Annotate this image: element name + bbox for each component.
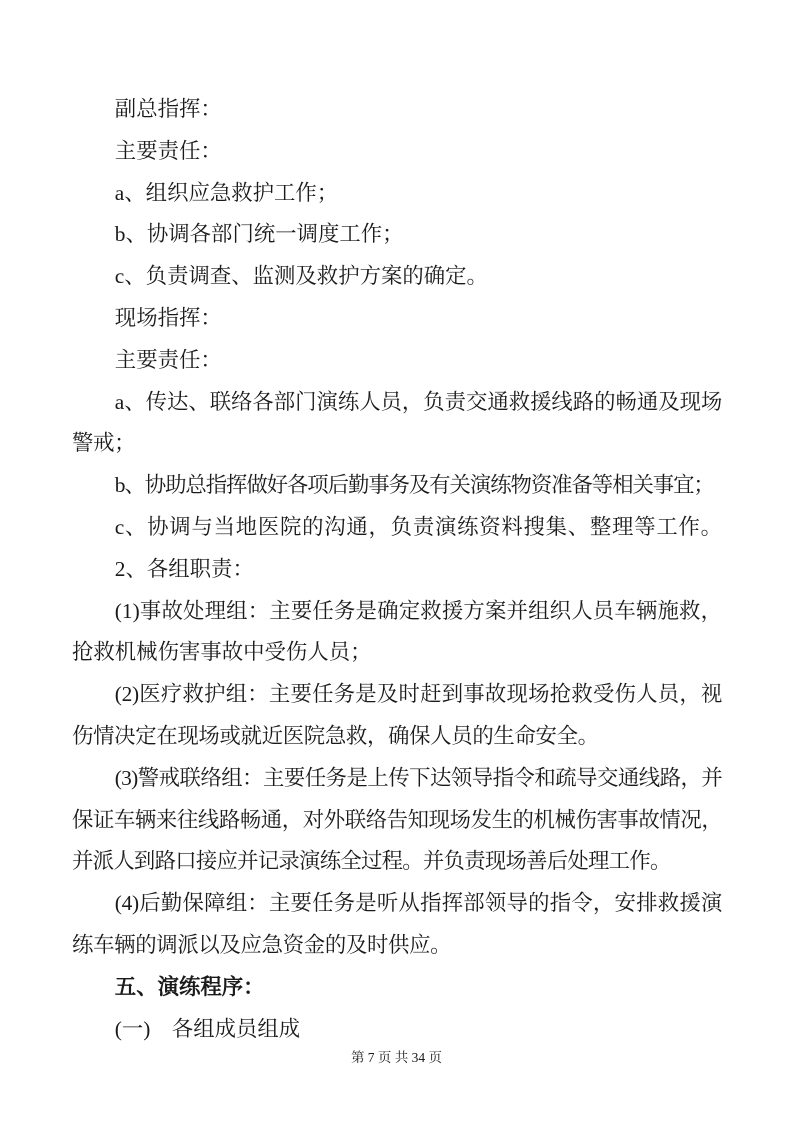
para-medical-rescue-group: (2)医疗救护组：主要任务是及时赶到事故现场抢救受伤人员，视伤情决定在现场或就近… bbox=[72, 674, 722, 758]
para-deputy-chief-commander: 副总指挥： bbox=[72, 89, 722, 131]
para-security-liaison-group: (3)警戒联络组：主要任务是上传下达领导指令和疏导交通线路，并保证车辆来往线路畅… bbox=[72, 758, 722, 883]
para-duty-b-logistics-materials: b、协助总指挥做好各项后勤事务及有关演练物资准备等相关事宜； bbox=[72, 465, 722, 507]
para-group-duties-heading: 2、各组职责： bbox=[72, 549, 722, 591]
page-number-footer: 第 7 页 共 34 页 bbox=[0, 1048, 793, 1068]
para-duty-c-hospital-coordination: c、协调与当地医院的沟通，负责演练资料搜集、整理等工作。 bbox=[72, 507, 722, 549]
para-accident-handling-group: (1)事故处理组：主要任务是确定救援方案并组织人员车辆施救，抢救机械伤害事故中受… bbox=[72, 591, 722, 675]
para-site-commander: 现场指挥： bbox=[72, 298, 722, 340]
para-duty-b-coordinate-departments: b、协调各部门统一调度工作； bbox=[72, 214, 722, 256]
para-main-duty-deputy: 主要责任： bbox=[72, 131, 722, 173]
para-duty-a-liaison-traffic: a、传达、联络各部门演练人员，负责交通救援线路的畅通及现场警戒； bbox=[72, 382, 722, 466]
para-logistics-support-group: (4)后勤保障组：主要任务是听从指挥部领导的指令，安排救援演练车辆的调派以及应急… bbox=[72, 883, 722, 967]
para-main-duty-site: 主要责任： bbox=[72, 340, 722, 382]
document-page: 副总指挥： 主要责任： a、组织应急救护工作； b、协调各部门统一调度工作； c… bbox=[0, 0, 793, 1122]
para-duty-a-organize-rescue: a、组织应急救护工作； bbox=[72, 173, 722, 215]
heading-drill-procedure: 五、演练程序： bbox=[72, 967, 722, 1009]
document-body: 副总指挥： 主要责任： a、组织应急救护工作； b、协调各部门统一调度工作； c… bbox=[72, 89, 722, 1050]
para-duty-c-investigation-monitoring: c、负责调查、监测及救护方案的确定。 bbox=[72, 256, 722, 298]
para-group-members-composition: (一) 各组成员组成 bbox=[72, 1009, 722, 1051]
